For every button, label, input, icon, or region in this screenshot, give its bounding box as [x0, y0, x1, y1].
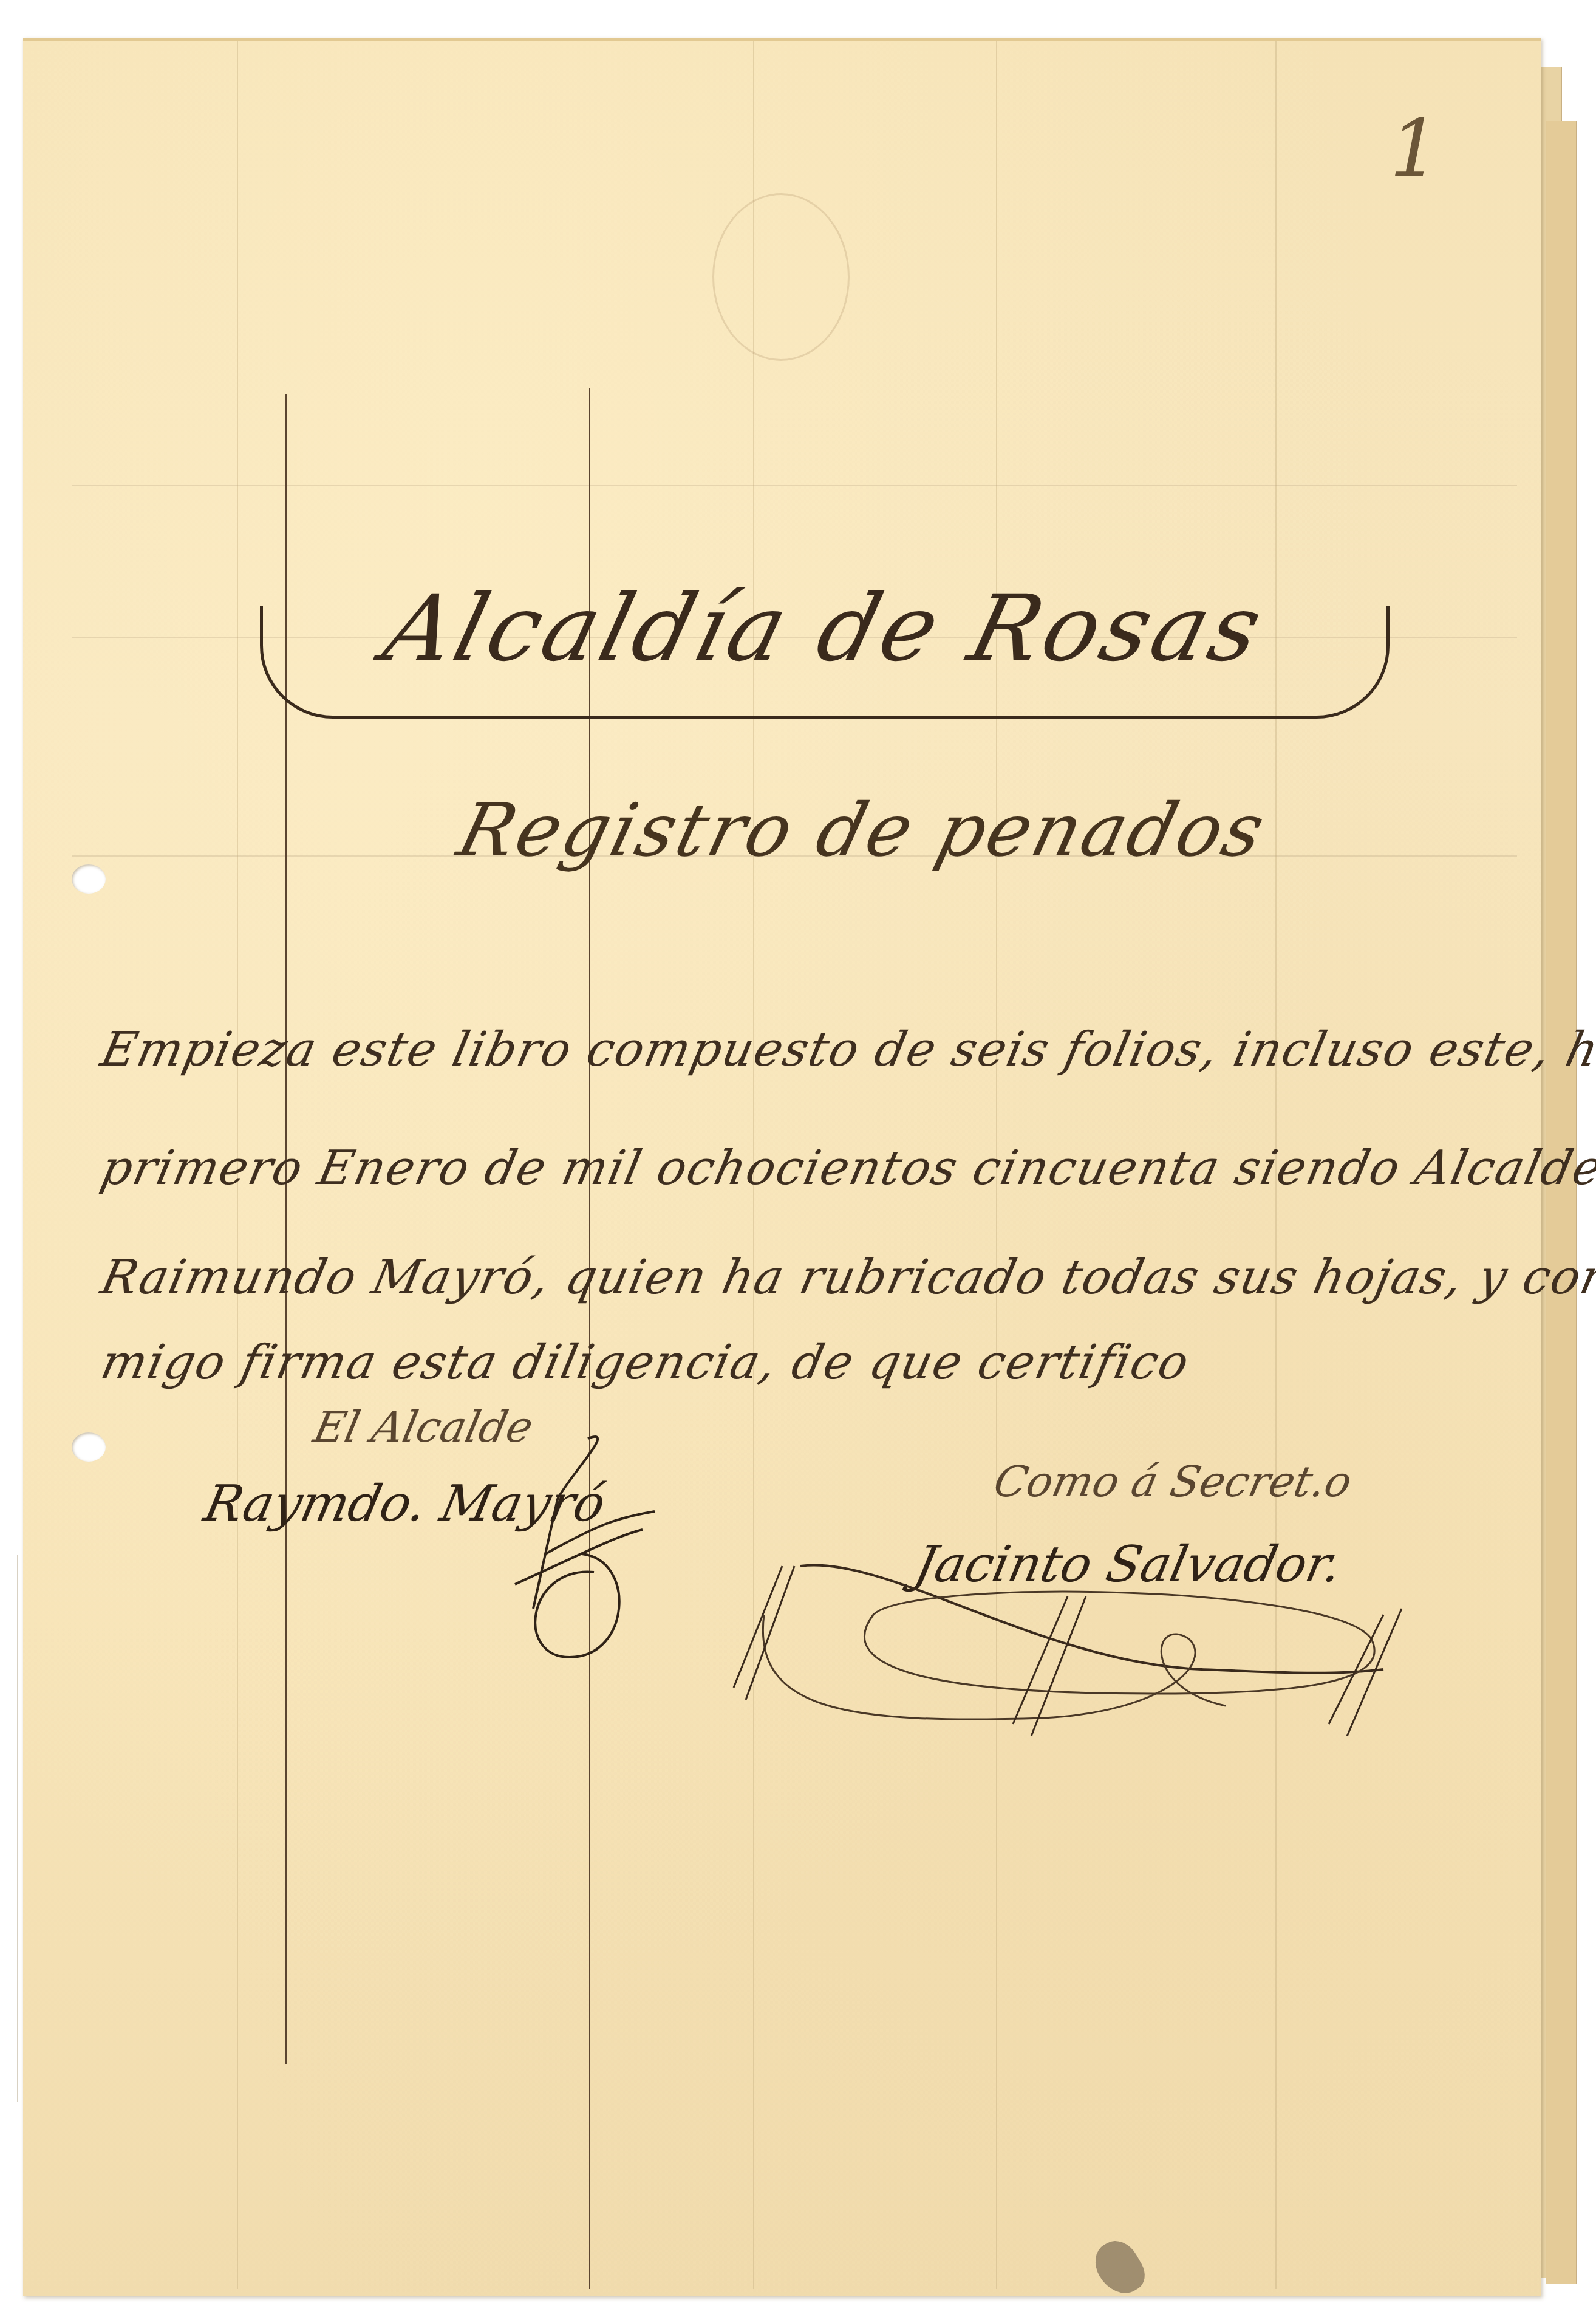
secretary-role-label: Como á Secret.o — [989, 1457, 1356, 1507]
body-line-4: migo firma esta diligencia, de que certi… — [96, 1335, 1195, 1390]
body-line-1: Empieza este libro compuesto de seis fol… — [96, 1022, 1596, 1077]
binding-thread — [0, 1555, 18, 2102]
body-line-3: Raimundo Mayró, quien ha rubricado todas… — [96, 1250, 1596, 1305]
ink-stain — [1087, 2234, 1151, 2302]
document-page: 1 Alcaldía de Rosas Registro de penados … — [23, 38, 1541, 2296]
form-rule-horizontal — [72, 485, 1517, 486]
punch-hole — [72, 864, 106, 894]
embossed-seal — [712, 193, 850, 361]
stacked-page-edge — [1546, 121, 1577, 2284]
document-subheading: Registro de penados — [450, 789, 1275, 873]
body-line-2: primero Enero de mil ochocientos cincuen… — [96, 1141, 1596, 1196]
document-heading: Alcaldía de Rosas — [374, 576, 1275, 682]
folio-number: 1 — [1390, 102, 1440, 194]
mayor-rubric-icon — [497, 1426, 715, 1682]
punch-hole — [72, 1432, 106, 1462]
secretary-rubric-icon — [728, 1542, 1481, 1736]
